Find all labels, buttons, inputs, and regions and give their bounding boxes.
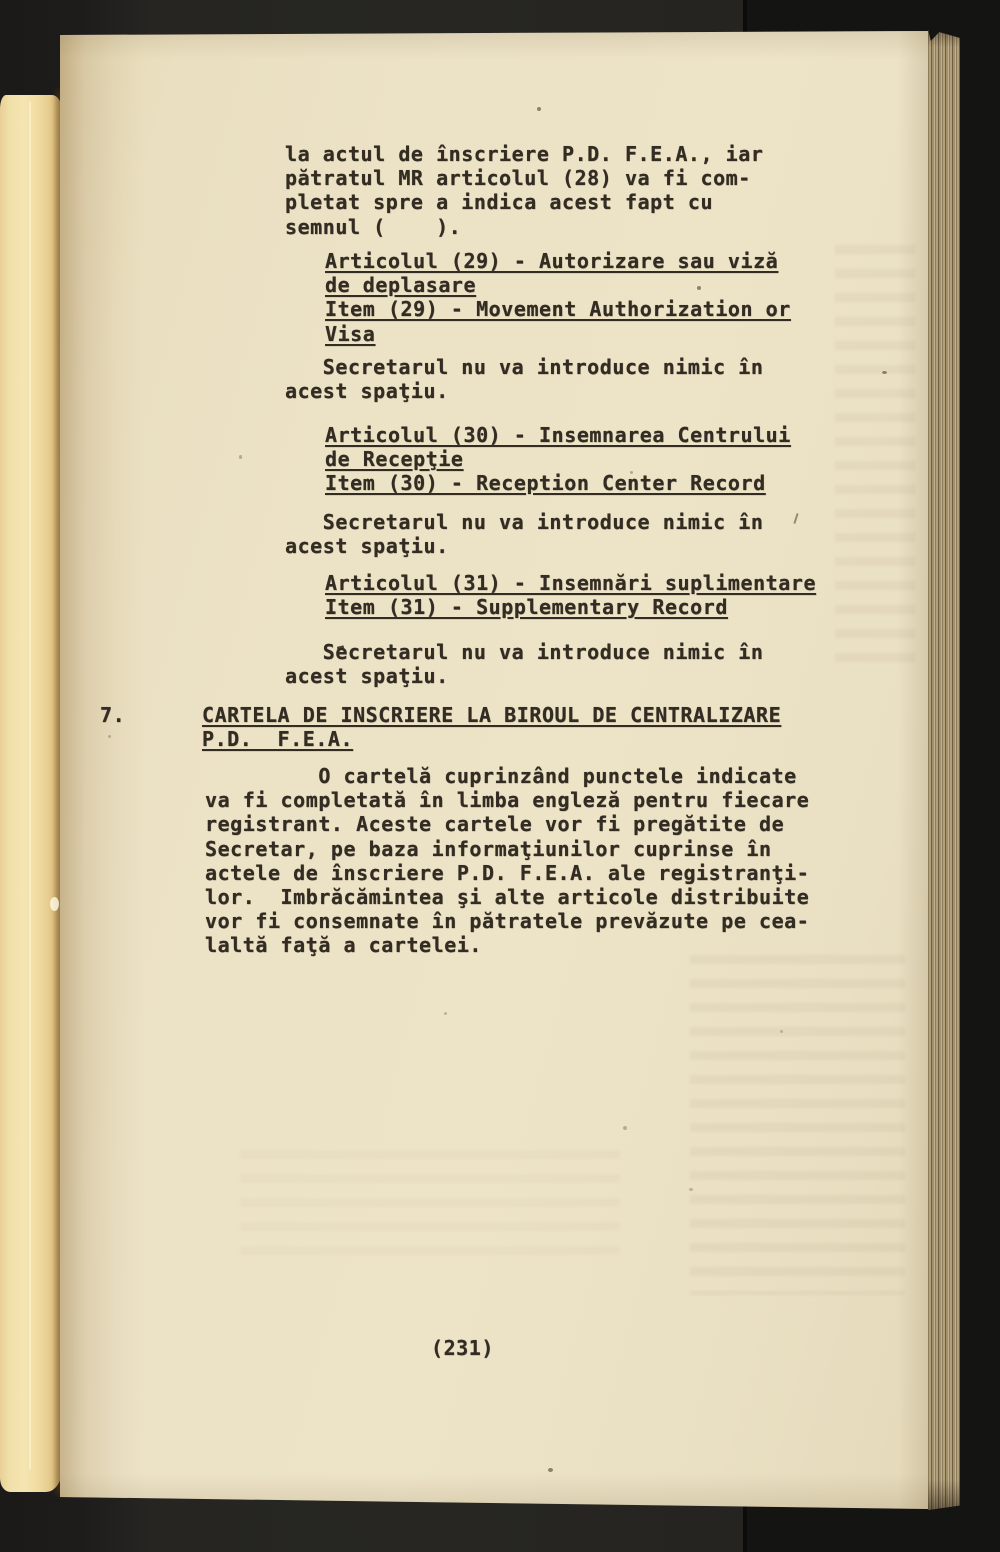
ink-speck [623, 1126, 627, 1130]
article-30-heading: Articolul (30) - Insemnarea Centrului de… [325, 423, 791, 496]
ink-speck [444, 1012, 447, 1015]
article-31-heading: Articolul (31) - Insemnări suplimentare … [325, 571, 816, 619]
article-29-note: Secretarul nu va introduce nimic în aces… [285, 355, 763, 403]
left-page-edge-highlight [29, 101, 31, 1470]
article-31-note: Secretarul nu va introduce nimic în aces… [285, 640, 763, 688]
bleed-through-smudge [835, 245, 915, 675]
section-7-paragraph: O cartelă cuprinzând punctele indicate v… [205, 764, 809, 958]
article-30-note: Secretarul nu va introduce nimic în aces… [285, 510, 763, 558]
book-fore-edge [928, 29, 960, 1510]
ink-speck [537, 107, 541, 111]
bleed-through-smudge [690, 955, 905, 1295]
book-scan-photo: la actul de înscriere P.D. F.E.A., iar p… [0, 0, 1000, 1552]
crease-notch [50, 897, 59, 911]
ink-speck [239, 455, 242, 459]
ink-speck [548, 1468, 553, 1472]
section-7-heading: CARTELA DE INSCRIERE LA BIROUL DE CENTRA… [202, 703, 781, 751]
ink-speck [780, 1030, 783, 1033]
section-7-number: 7. [100, 703, 125, 727]
ink-speck [882, 371, 887, 374]
ink-speck [689, 1188, 693, 1191]
bleed-through-smudge [240, 1150, 620, 1260]
ink-speck [630, 471, 633, 474]
page-number: (231) [431, 1336, 494, 1360]
ink-speck [108, 735, 111, 738]
ink-speck [697, 286, 701, 290]
left-page-edge [0, 95, 62, 1492]
article-29-heading: Articolul (29) - Autorizare sau viză de … [325, 249, 791, 346]
intro-paragraph: la actul de înscriere P.D. F.E.A., iar p… [285, 142, 763, 239]
